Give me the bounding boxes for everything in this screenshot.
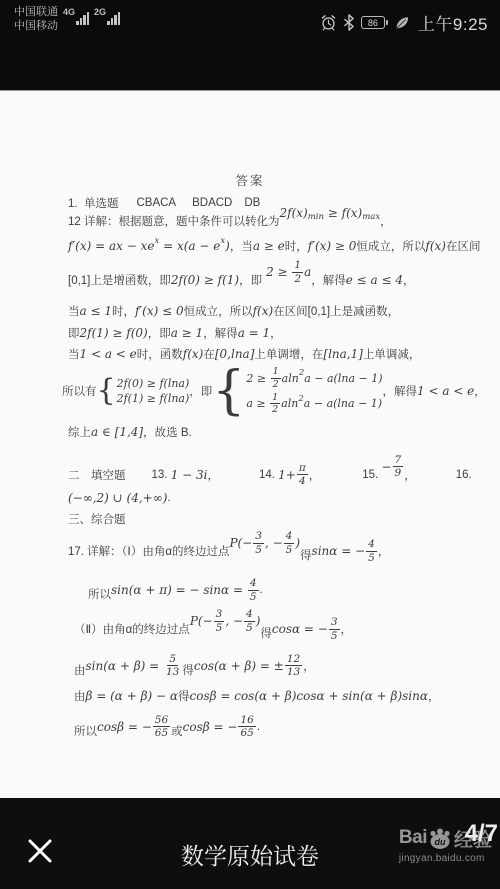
text-segment: 即	[68, 325, 80, 341]
math-segment: P(−	[229, 536, 252, 550]
text-segment: 16.	[456, 469, 472, 481]
text-segment: 得	[260, 625, 272, 641]
network-type-1: 4G	[63, 7, 75, 17]
text-segment: .	[257, 721, 260, 733]
row-q12-case2: 当a ≤ 1时，f′(x) ≤ 0恒成立，所以f(x)在区间[0,1]上是减函数…	[68, 303, 500, 319]
fraction: 1213	[285, 653, 302, 679]
text-segment: 综上	[68, 424, 91, 440]
math-segment: , −	[265, 536, 283, 550]
row-q17-part1b: 所以sin(α + π) = − sinα = 45.	[88, 577, 500, 603]
fraction: π4	[297, 462, 308, 488]
battery-icon: 86	[361, 16, 388, 29]
text-segment: 时，	[112, 303, 135, 319]
fraction: 79	[393, 454, 404, 480]
text-segment: 12 详解：根据题意，题中条件可以转化为	[68, 213, 280, 229]
text-segment: ，解得	[383, 383, 418, 399]
math-segment: P(−	[190, 614, 213, 628]
text-segment: 由	[74, 662, 86, 678]
brace-system: {2f(0) ≥ f(lna)2f(1) ≥ f(lna)	[97, 377, 190, 405]
text-segment: ，故选 B.	[143, 424, 192, 440]
bluetooth-icon	[343, 14, 355, 31]
text-segment: ，	[404, 467, 416, 483]
row-fill-blanks: 二 填空题13. 1 − 3i，14. 1+π4，15. −79，16.	[68, 462, 500, 488]
text-segment: （Ⅱ）由角α的终边过点	[74, 621, 190, 637]
math-segment: cosβ = −	[97, 720, 152, 734]
text-segment: 时，	[285, 238, 308, 254]
signal-bars-icon	[76, 12, 89, 25]
text-segment: ，	[378, 543, 390, 559]
fraction: 12	[292, 259, 303, 285]
math-segment: [0,lna]	[215, 347, 255, 361]
fraction: 513	[164, 653, 181, 679]
spacer	[126, 474, 152, 475]
math-segment: sin(α + β) =	[86, 659, 164, 673]
math-segment: f(x)	[253, 304, 274, 318]
status-left: 中国联通 中国移动 4G 2G	[14, 5, 120, 33]
math-segment: f(x)	[183, 347, 204, 361]
spacer	[176, 203, 192, 204]
clock-time: 上午9:25	[418, 10, 488, 35]
fraction: 1665	[238, 714, 255, 740]
fraction: 45	[248, 577, 259, 603]
text-segment: ，解得	[203, 325, 238, 341]
text-segment: ，	[428, 688, 440, 704]
math-segment: a − a(lna − 1)	[304, 397, 382, 410]
fraction: 12	[271, 366, 281, 390]
math-segment: cos(α + β) = ±	[194, 659, 284, 673]
baidu-paw-icon: du	[427, 826, 453, 850]
math-segment: a − a(lna − 1)	[304, 372, 382, 385]
math-segment: (−∞,2) ∪ (4,+∞)	[68, 491, 167, 505]
text-segment: 13.	[152, 469, 171, 481]
text-segment: ，解得	[311, 272, 346, 288]
text-segment: 1. 单选题	[68, 195, 118, 211]
row-q17-part2c: 由β = (α + β) − α得cosβ = cos(α + β)cosα +…	[74, 688, 500, 704]
text-segment: 15.	[362, 469, 381, 481]
math-segment: cosβ = cos(α + β)cosα + sin(α + β)sinα	[190, 689, 428, 703]
text-segment: 14.	[259, 469, 278, 481]
row-q12-system: 所以有{2f(0) ≥ f(lna)2f(1) ≥ f(lna)，即{2 ≥ 1…	[62, 366, 500, 416]
text-segment: 或	[171, 723, 183, 739]
row-q17-part1: 17. 详解：（Ⅰ）由角α的终边过点P(−35, −45)得sinα = −45…	[68, 538, 500, 564]
text-segment: ，	[309, 467, 321, 483]
text-segment: 在	[203, 346, 215, 362]
text-segment: 所以有	[62, 383, 97, 399]
page-indicator: 4/7	[465, 820, 498, 848]
row-q12-conclusion: 综上a ∈ [1,4]，故选 B.	[68, 424, 500, 440]
math-segment: a ≥	[246, 397, 269, 410]
math-segment: 1 < a < e	[80, 347, 137, 361]
math-segment: a ≥ 1	[171, 326, 203, 340]
text-segment: ，当	[230, 238, 253, 254]
text-segment: ，	[380, 213, 392, 229]
signal-group-2: 2G	[94, 7, 120, 25]
spacer	[219, 474, 259, 475]
math-segment: [lna,1]	[323, 347, 363, 361]
text-segment: 所以	[74, 723, 97, 739]
text-segment: 得	[182, 662, 194, 678]
row-q12-intro: 12 详解：根据题意，题中条件可以转化为2f(x)min ≥ f(x)max，	[68, 213, 500, 229]
math-segment: x	[220, 236, 225, 246]
math-segment: 2	[299, 368, 304, 378]
math-segment: 1+	[278, 468, 296, 482]
math-segment: cosα = −	[272, 622, 328, 636]
text-segment: 在区间[0,1]上是减函数，	[273, 303, 399, 319]
math-segment: a ≤ 1	[80, 304, 112, 318]
leaf-icon	[394, 15, 410, 31]
text-segment: BDACD	[192, 197, 232, 209]
row-q17-part2d: 所以cosβ = −5665或cosβ = −1665.	[74, 714, 500, 740]
text-segment: ，即	[239, 272, 262, 288]
text-segment: 上单调增，在	[254, 346, 323, 362]
fraction: 45	[244, 608, 255, 634]
watermark-du: du	[434, 837, 445, 847]
math-segment: ≥ f(x)	[324, 206, 362, 220]
math-segment: 2 ≥	[246, 372, 269, 385]
fraction: 5665	[153, 714, 170, 740]
text-segment: DB	[244, 197, 260, 209]
math-segment: β = (α + β) − α	[86, 689, 179, 703]
math-segment: 2f(0) ≥ f(lna)	[117, 377, 190, 390]
status-bar: 中国联通 中国移动 4G 2G	[0, 0, 500, 90]
text-segment: 由	[74, 688, 86, 704]
row-q16-answer: (−∞,2) ∪ (4,+∞).	[68, 491, 500, 505]
signal-bars-icon	[107, 12, 120, 25]
math-segment: cosβ = −	[183, 720, 238, 734]
math-segment: 2 ≥	[266, 265, 291, 279]
text-segment: 上单调减，	[363, 346, 421, 362]
bottom-toolbar: 数学原始试卷 Bai du 经验 4/7 jingyan.baidu.com	[0, 798, 500, 889]
math-segment: 2f(1) ≥ f(0)	[80, 326, 148, 340]
text-segment: 17. 详解：（Ⅰ）由角α的终边过点	[68, 543, 229, 559]
text-segment: 得	[178, 688, 190, 704]
math-segment: aln	[281, 397, 298, 410]
math-segment: f′(x) ≤ 0	[135, 304, 184, 318]
text-segment: ，	[303, 658, 315, 674]
fraction: 45	[284, 530, 295, 556]
text-segment: ，	[270, 325, 282, 341]
math-segment: 2f(0) ≥ f(1)	[171, 273, 239, 287]
math-segment: max	[362, 212, 380, 222]
text-segment: 恒成立，所以	[184, 303, 253, 319]
brace-system: {2 ≥ 12aln2a − a(lna − 1)a ≥ 12aln2a − a…	[212, 366, 382, 416]
text-segment: ，	[403, 272, 415, 288]
row-section-3: 三、综合题	[68, 511, 500, 527]
text-segment: 三、综合题	[68, 511, 126, 527]
math-segment: a	[304, 265, 311, 279]
text-segment: ，	[207, 467, 219, 483]
row-q12-case3: 当1 < a < e时，函数f(x)在[0,lna]上单调增，在[lna,1]上…	[68, 346, 500, 362]
math-segment: min	[308, 212, 324, 222]
battery-level: 86	[361, 16, 385, 29]
text-segment: ，即	[189, 383, 212, 399]
text-segment: 时，函数	[137, 346, 183, 362]
math-segment: f′(x) ≥ 0	[308, 239, 357, 253]
text-segment: .	[260, 584, 263, 596]
math-segment: sin(α + π) = − sinα =	[111, 583, 247, 597]
document-title: 答案	[0, 171, 500, 189]
document-content: 1. 单选题CBACABDACDDB12 详解：根据题意，题中条件可以转化为2f…	[0, 195, 500, 740]
carrier-names: 中国联通 中国移动	[14, 5, 58, 33]
text-segment: .	[167, 492, 170, 504]
text-segment: ，	[474, 383, 486, 399]
spacer	[262, 280, 266, 281]
watermark-logo-row: Bai du 经验 4/7	[399, 824, 492, 852]
spacer	[232, 203, 244, 204]
fraction: 35	[214, 608, 225, 634]
math-segment: f(x)	[425, 239, 446, 253]
math-segment: 2	[298, 394, 303, 404]
math-segment: = x(a − e	[159, 239, 220, 253]
math-segment: e ≤ a ≤ 4	[346, 273, 403, 287]
fraction: 12	[270, 392, 280, 416]
network-type-2: 2G	[94, 7, 106, 17]
text-segment: 当	[68, 303, 80, 319]
math-segment: sinα = −	[312, 544, 366, 558]
math-segment: a = 1	[238, 326, 270, 340]
text-segment: [0,1]上是增函数，即	[68, 272, 171, 288]
status-right: 86 上午9:25	[320, 10, 488, 35]
phone-screen: 中国联通 中国移动 4G 2G	[0, 0, 500, 889]
carrier-2: 中国移动	[14, 19, 58, 33]
math-segment: 2f(x)	[280, 206, 308, 220]
math-segment: 1 < a < e	[417, 384, 474, 398]
text-segment: CBACA	[136, 197, 176, 209]
text-segment: 二 填空题	[68, 467, 126, 483]
math-segment: a ≥ e	[253, 239, 285, 253]
row-q12-case2b: 即2f(1) ≥ f(0)，即a ≥ 1，解得a = 1，	[68, 325, 500, 341]
math-segment: a ∈ [1,4]	[91, 425, 143, 439]
row-q17-part2b: 由sin(α + β) = 513得cos(α + β) = ±1213，	[74, 653, 500, 679]
text-segment: 在区间	[446, 238, 481, 254]
text-segment: 所以	[88, 586, 111, 602]
math-segment: f′(x) = ax − xe	[68, 239, 154, 253]
text-segment: 得	[300, 547, 312, 563]
fraction: 35	[329, 616, 340, 642]
spacer	[416, 474, 456, 475]
text-segment: ，即	[148, 325, 171, 341]
battery-nub	[386, 20, 388, 25]
carrier-1: 中国联通	[14, 5, 58, 19]
row-q12-case1: [0,1]上是增函数，即2f(0) ≥ f(1)，即2 ≥ 12a，解得e ≤ …	[68, 267, 500, 293]
math-segment: 1 − 3i	[171, 468, 208, 482]
spacer	[118, 203, 136, 204]
text-segment: 当	[68, 346, 80, 362]
watermark-url: jingyan.baidu.com	[399, 853, 492, 864]
document: 答案 1. 单选题CBACABDACDDB12 详解：根据题意，题中条件可以转化…	[0, 91, 500, 740]
math-segment: 2f(1) ≥ f(lna)	[117, 392, 190, 405]
fraction: 35	[253, 530, 264, 556]
spacer	[320, 474, 362, 475]
math-segment: , −	[225, 614, 243, 628]
signal-group-1: 4G	[63, 7, 89, 25]
text-segment: 恒成立，所以	[356, 238, 425, 254]
document-page-image[interactable]: 答案 1. 单选题CBACABDACDDB12 详解：根据题意，题中条件可以转化…	[0, 90, 500, 798]
math-segment: x	[154, 236, 159, 246]
math-segment: −	[381, 460, 391, 474]
math-segment: aln	[282, 372, 299, 385]
watermark-bai: Bai	[399, 827, 427, 849]
row-q17-part2: （Ⅱ）由角α的终边过点P(−35, −45)得cosα = −35，	[74, 616, 500, 642]
row-q12-derivative: f′(x) = ax − xex = x(a − ex)，当a ≥ e时，f′(…	[68, 238, 500, 254]
baidu-jingyan-watermark: Bai du 经验 4/7 jingyan.baidu.com	[399, 824, 492, 864]
fraction: 45	[366, 538, 377, 564]
text-segment: ，	[341, 621, 353, 637]
alarm-clock-icon	[320, 14, 337, 31]
